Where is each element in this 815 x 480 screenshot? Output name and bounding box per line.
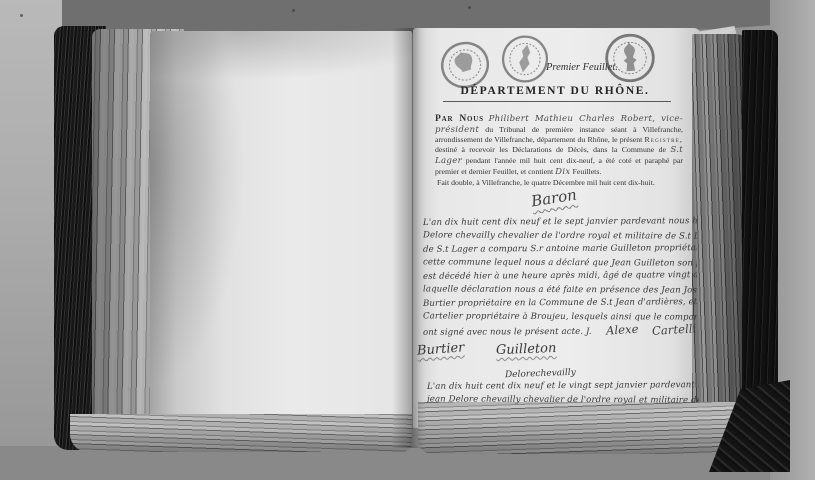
mayor-signature: Delorechevailly [505, 368, 576, 380]
act-line: cette commune lequel nous a déclaré que … [423, 256, 697, 271]
fait-double-line: Fait double, à Villefranche, le quatre D… [437, 178, 687, 187]
royal-stamp-icon [601, 30, 658, 86]
act-line: Delore chevailly chevalier de l'ordre ro… [423, 229, 697, 244]
act-line: laquelle déclaration nous a été faite en… [423, 283, 697, 298]
declarant-signature-guilleton: Guilleton [496, 341, 557, 358]
signatures-row: Burtier Guilleton [417, 342, 687, 357]
death-act-handwritten-block: L'an dix huit cent dix neuf et le sept j… [423, 216, 697, 340]
act-line: de S.t Lager a comparu S.r antoine marie… [423, 242, 697, 257]
registre-word: Registre, [645, 135, 684, 144]
witness-signature-burtier: Burtier [417, 340, 465, 358]
feuillet-count-handwritten: Dix [555, 167, 570, 177]
destine-text: destiné à recevoir les Déclarations de D… [435, 145, 666, 154]
act-line: jean Delore chevailly chevalier de l'ord… [427, 393, 699, 408]
act-line: Burtier propriétaire en la Commune de S.… [423, 296, 697, 311]
open-register-book: Premier Feuillet. DÉPARTEMENT DU RHÔNE. … [0, 0, 815, 480]
closing-text: ont signé avec nous le présent acte. J. [423, 326, 592, 341]
witness-signature: Cartellier [652, 323, 697, 338]
right-page-content: Premier Feuillet. DÉPARTEMENT DU RHÔNE. … [413, 28, 700, 428]
page-stack-edges-bottom-left [70, 414, 412, 452]
second-act-handwritten-block: L'an dix huit cent dix neuf et le vingt … [427, 380, 699, 407]
clerk-signature: Baron [530, 186, 578, 211]
witness-signature: Alexe [605, 323, 638, 338]
act-line: est décédé hier à une heure après midi, … [423, 269, 697, 284]
archival-register-photo: Premier Feuillet. DÉPARTEMENT DU RHÔNE. … [0, 0, 815, 480]
register-declaration-paragraph: Par Nous Philibert Mathieu Charles Rober… [435, 114, 683, 178]
blank-left-page [150, 31, 412, 425]
act-closing-line: ont signé avec nous le présent acte. J. … [423, 323, 697, 340]
notarial-stamp-icon [495, 30, 554, 88]
act-line: Cartelier propriétaire à Broujeu, lesque… [423, 310, 697, 325]
title-rule [443, 101, 671, 102]
par-nous-label: Par Nous [435, 114, 484, 124]
page-title: DÉPARTEMENT DU RHÔNE. [427, 85, 683, 97]
act-line: L'an dix huit cent dix neuf et le sept j… [423, 215, 697, 230]
act-line: L'an dix huit cent dix neuf et le vingt … [427, 379, 699, 394]
feuillets-text: Feuillets. [573, 167, 602, 176]
